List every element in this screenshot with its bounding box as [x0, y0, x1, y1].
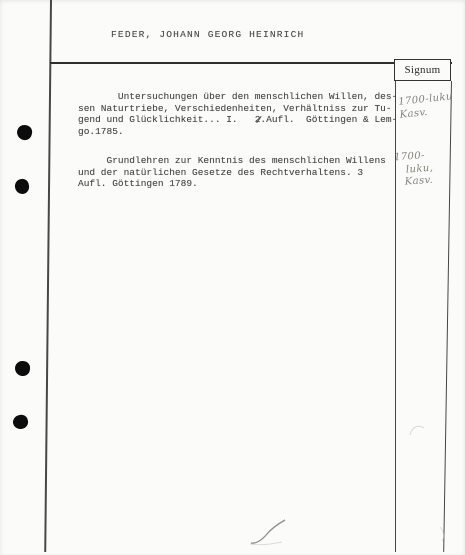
header-divider-rule [50, 62, 452, 64]
entry-line: Aufl. Göttingen 1789. [78, 178, 386, 190]
signum-header-cell: Signum [394, 59, 451, 81]
entry-line: und der natürlichen Gesetze des Rechtver… [78, 167, 386, 179]
entry-line: gend und Glücklichkeit... I. 2.Aufl. Göt… [78, 114, 397, 126]
punch-hole [16, 124, 34, 142]
pencil-smudge [406, 420, 428, 440]
signum-column-right-border [443, 81, 452, 552]
entry-line: Untersuchungen über den menschlichen Wil… [78, 91, 397, 103]
punch-hole [12, 413, 30, 430]
catalog-card-scan: Signum FEDER, JOHANN GEORG HEINRICH Unte… [0, 0, 465, 555]
entry-line: sen Naturtriebe, Verschiedenheiten, Verh… [78, 103, 397, 115]
handwritten-signum-note-1: 1700-luku Kasv. [398, 91, 455, 122]
pencil-checkmark [248, 517, 290, 547]
left-margin-rule [44, 0, 51, 552]
bibliographic-entry-2: Grundlehren zur Kenntnis des menschliche… [78, 155, 386, 190]
pencil-smudge [436, 524, 452, 544]
author-heading: FEDER, JOHANN GEORG HEINRICH [111, 29, 304, 40]
entry-line: go.1785. [78, 126, 397, 138]
entry-line: Grundlehren zur Kenntnis des menschliche… [78, 155, 386, 167]
signum-header-label: Signum [404, 64, 440, 76]
punch-hole [14, 178, 30, 195]
handwritten-signum-note-2: 1700- luku, Kasv. [394, 150, 435, 190]
punch-hole [14, 360, 30, 376]
bibliographic-entry-1: Untersuchungen über den menschlichen Wil… [78, 91, 397, 137]
note-line: Kasv. [404, 175, 434, 190]
